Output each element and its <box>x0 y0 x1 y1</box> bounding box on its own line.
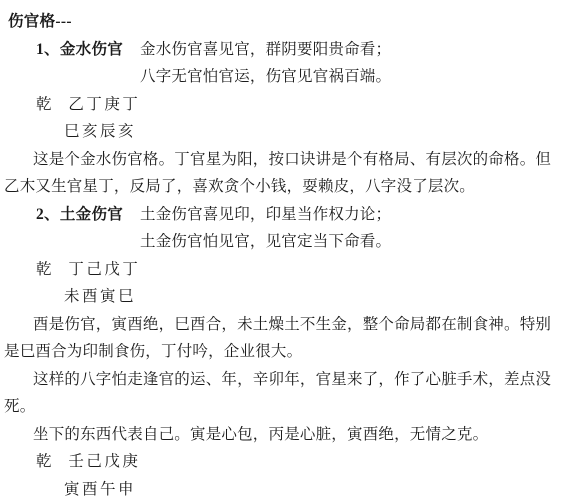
section-2-gender-label: 乾 <box>36 261 52 278</box>
section-1-chart-stems-row: 乾 乙丁庚丁 <box>4 91 578 119</box>
section-2-commentary-1-line-1: 酉是伤官，寅酉绝，巳酉合，未土燥土不生金，整个命局都在制食神。特别 <box>4 311 578 339</box>
section-2-chart-stems-row: 乾 丁己戊丁 <box>4 256 578 284</box>
section-2-verse-line-2: 土金伤官怕见官，见官定当下命看。 <box>4 228 578 256</box>
doc-title: 伤官格--- <box>4 8 578 36</box>
section-2-commentary-1-line-2: 是巳酉合为印制食伤，丁付吟，企业很大。 <box>4 338 578 366</box>
section-1-heading: 1、金水伤官 金水伤官喜见官，群阴要阳贵命看； <box>4 36 578 64</box>
section-1-gender-label: 乾 <box>36 96 52 113</box>
section-2-commentary-3: 坐下的东西代表自己。寅是心包，丙是心脏，寅酉绝，无情之克。 <box>4 421 578 449</box>
section-1-earthly-branches: 巳亥辰亥 <box>4 118 578 146</box>
section-1-verse-line-2: 八字无官怕官运，伤官见官祸百端。 <box>4 63 578 91</box>
section-2-verse-line-1: 土金伤官喜见印，印星当作权力论； <box>140 201 391 229</box>
document-page: 伤官格--- 1、金水伤官 金水伤官喜见官，群阴要阳贵命看； 八字无官怕官运，伤… <box>0 0 578 497</box>
section-2-heading: 2、土金伤官 土金伤官喜见印，印星当作权力论； <box>4 201 578 229</box>
section-2-chart-2-heavenly-stems: 壬己戊庚 <box>68 453 140 470</box>
section-1-label: 1、金水伤官 <box>36 41 123 58</box>
section-2-chart-2-earthly-branches: 寅酉午申 <box>4 476 578 497</box>
section-2-commentary-2-line-1: 这样的八字怕走逢官的运、年，辛卯年，官星来了，作了心脏手术，差点没 <box>4 366 578 394</box>
section-1-verse-line-1: 金水伤官喜见官，群阴要阳贵命看； <box>140 36 391 64</box>
section-1-commentary-line-1: 这是个金水伤官格。丁官星为阳，按口诀讲是个有格局、有层次的命格。但 <box>4 146 578 174</box>
section-2-chart-2-gender-label: 乾 <box>36 453 52 470</box>
section-2-label: 2、土金伤官 <box>36 206 123 223</box>
section-2-chart-2-stems-row: 乾 壬己戊庚 <box>4 448 578 476</box>
section-2-earthly-branches: 未酉寅巳 <box>4 283 578 311</box>
section-1-commentary-line-2: 乙木又生官星丁，反局了，喜欢贪个小钱，耍赖皮，八字没了层次。 <box>4 173 578 201</box>
section-2-commentary-2-line-2: 死。 <box>4 393 578 421</box>
section-1-heavenly-stems: 乙丁庚丁 <box>68 96 140 113</box>
section-2-heavenly-stems: 丁己戊丁 <box>68 261 140 278</box>
